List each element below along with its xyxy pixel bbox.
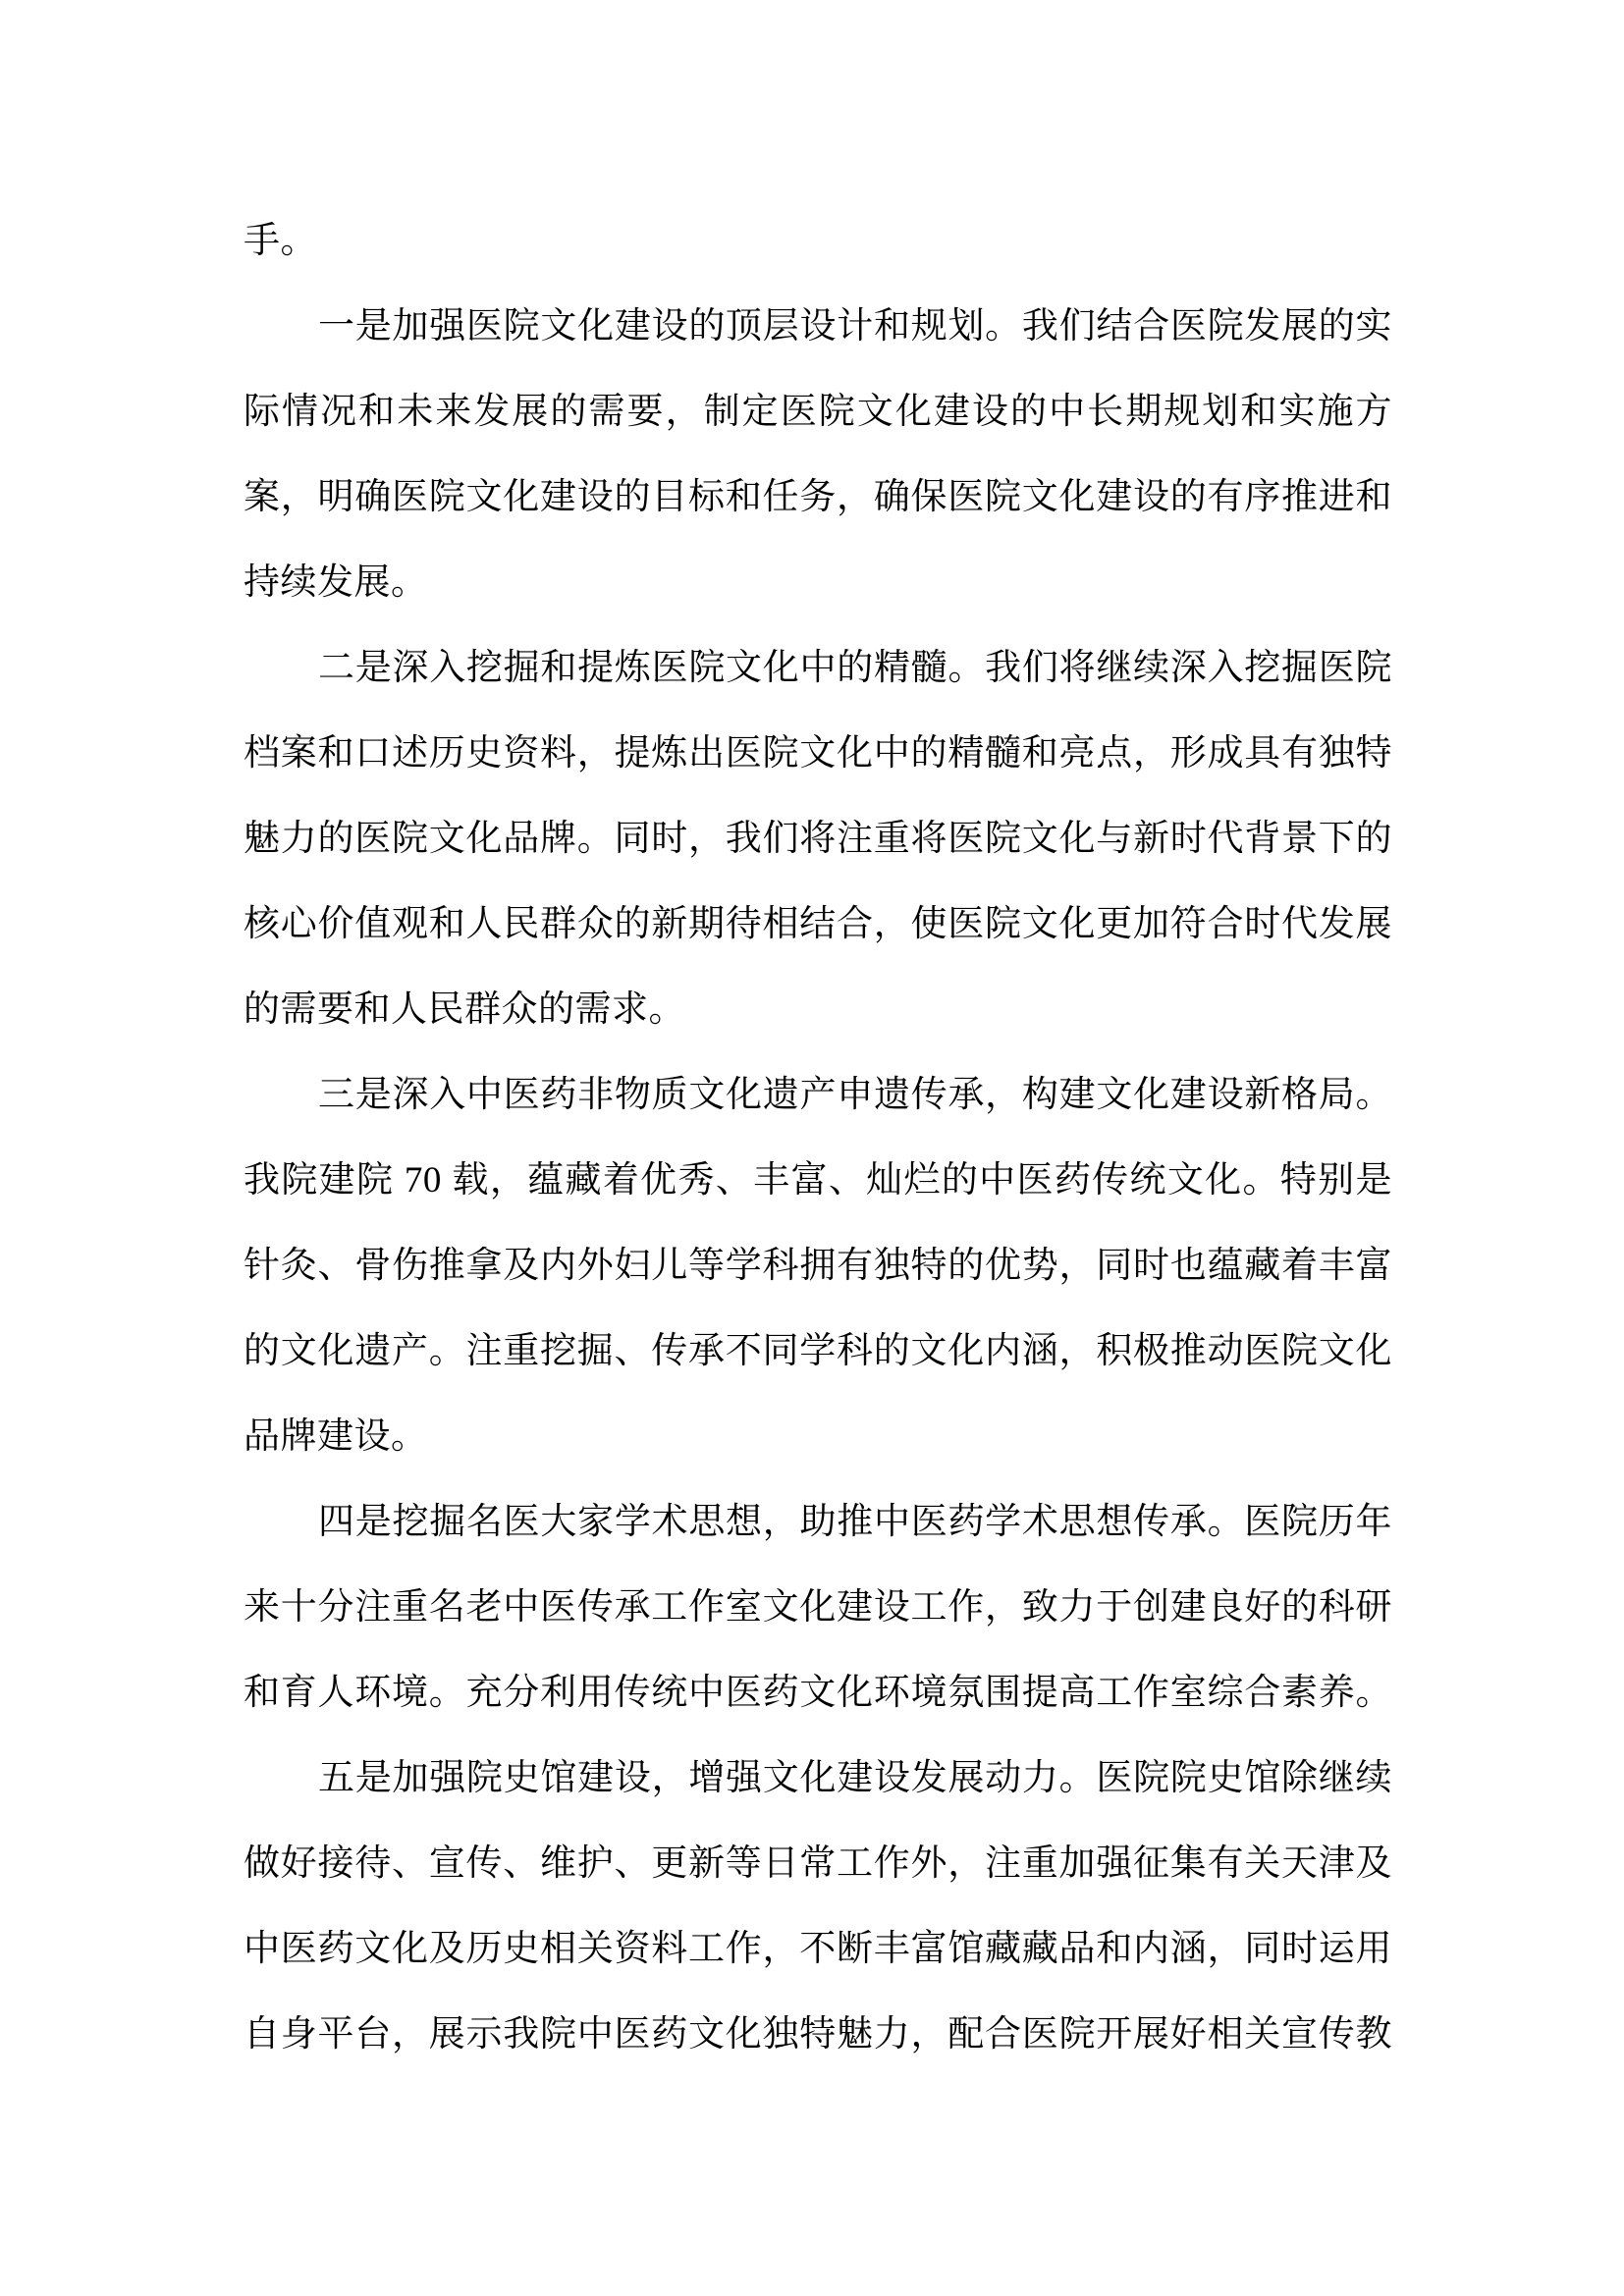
text-line: 品牌建设。 [244,1394,1392,1479]
document-text-block: 手。一是加强医院文化建设的顶层设计和规划。我们结合医院发展的实际情况和未来发展的… [244,198,1392,2077]
text-line: 际情况和未来发展的需要，制定医院文化建设的中长期规划和实施方 [244,369,1392,454]
text-line: 案，明确医院文化建设的目标和任务，确保医院文化建设的有序推进和 [244,454,1392,540]
text-line: 核心价值观和人民群众的新期待相结合，使医院文化更加符合时代发展 [244,881,1392,967]
text-line: 五是加强院史馆建设，增强文化建设发展动力。医院院史馆除继续 [244,1735,1392,1821]
text-line: 做好接待、宣传、维护、更新等日常工作外，注重加强征集有关天津及 [244,1821,1392,1906]
text-line: 的文化遗产。注重挖掘、传承不同学科的文化内涵，积极推动医院文化 [244,1308,1392,1394]
text-line: 来十分注重名老中医传承工作室文化建设工作，致力于创建良好的科研 [244,1565,1392,1650]
text-line: 和育人环境。充分利用传统中医药文化环境氛围提高工作室综合素养。 [244,1650,1392,1735]
text-line: 持续发展。 [244,540,1392,625]
text-line: 的需要和人民群众的需求。 [244,967,1392,1052]
text-line: 自身平台，展示我院中医药文化独特魅力，配合医院开展好相关宣传教 [244,1992,1392,2077]
text-line: 档案和口述历史资料，提炼出医院文化中的精髓和亮点，形成具有独特 [244,711,1392,796]
text-line: 手。 [244,198,1392,284]
text-line: 中医药文化及历史相关资料工作，不断丰富馆藏藏品和内涵，同时运用 [244,1906,1392,1992]
text-line: 四是挖掘名医大家学术思想，助推中医药学术思想传承。医院历年 [244,1479,1392,1565]
text-line: 三是深入中医药非物质文化遗产申遗传承，构建文化建设新格局。 [244,1052,1392,1138]
text-line: 二是深入挖掘和提炼医院文化中的精髓。我们将继续深入挖掘医院 [244,625,1392,711]
text-line: 针灸、骨伤推拿及内外妇儿等学科拥有独特的优势，同时也蕴藏着丰富 [244,1223,1392,1308]
document-page: 手。一是加强医院文化建设的顶层设计和规划。我们结合医院发展的实际情况和未来发展的… [0,0,1624,2296]
text-line: 我院建院 70 载，蕴藏着优秀、丰富、灿烂的中医药传统文化。特别是 [244,1138,1392,1223]
text-line: 魅力的医院文化品牌。同时，我们将注重将医院文化与新时代背景下的 [244,796,1392,881]
text-line: 一是加强医院文化建设的顶层设计和规划。我们结合医院发展的实 [244,284,1392,369]
